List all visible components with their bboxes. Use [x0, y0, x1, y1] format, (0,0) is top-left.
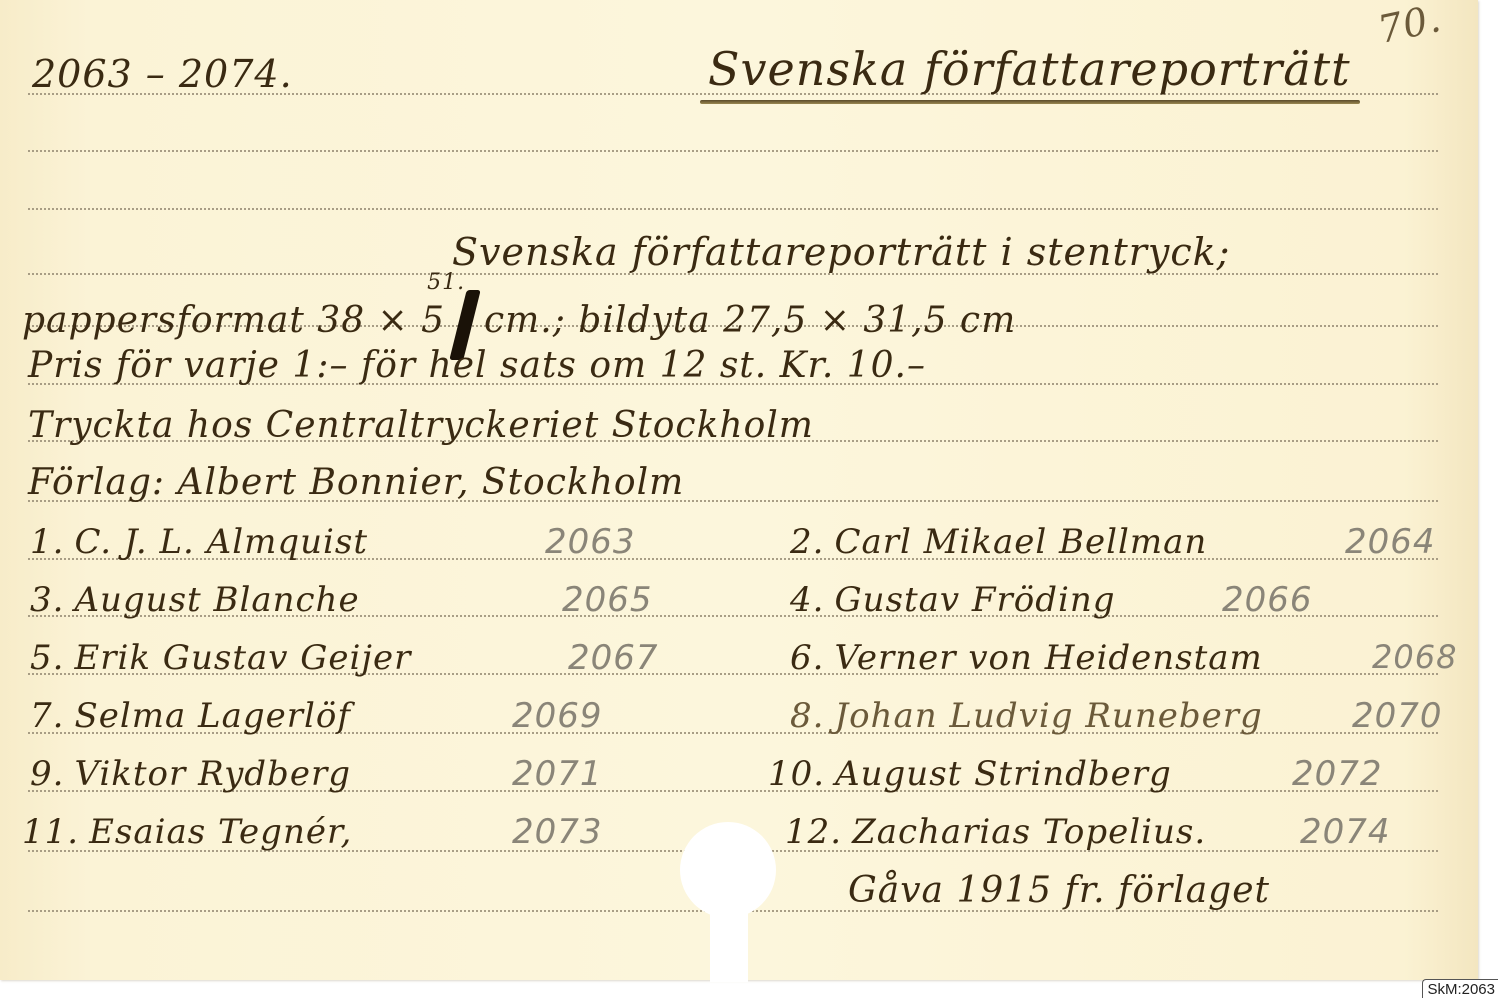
entry-name: Carl Mikael Bellman	[834, 522, 1207, 562]
description-line-1: Svenska författareporträtt i stentryck;	[452, 230, 1230, 274]
ruled-line	[28, 150, 1438, 152]
entry-7: 7.Selma Lagerlöf	[30, 696, 351, 736]
corner-number: 70.	[1374, 0, 1445, 52]
entry-name: Johan Ludvig Runeberg	[834, 696, 1262, 736]
filing-slot	[710, 900, 748, 982]
catalog-card: 2063 – 2074. Svenska författareporträtt …	[0, 0, 1478, 980]
entry-8: 8.Johan Ludvig Runeberg	[790, 696, 1263, 736]
entry-6: 6.Verner von Heidenstam	[790, 638, 1263, 678]
heading-underline	[700, 100, 1360, 104]
entry-name: Esaias Tegnér,	[89, 812, 352, 852]
entry-9-id: 2071	[512, 754, 603, 794]
donation-note: Gåva 1915 fr. förlaget	[848, 870, 1270, 911]
entry-8-id: 2070	[1352, 696, 1443, 736]
entry-4-id: 2066	[1222, 580, 1313, 620]
entry-name: Viktor Rydberg	[74, 754, 351, 794]
entry-6-id: 2068	[1372, 638, 1457, 676]
entry-11-id: 2073	[512, 812, 603, 852]
entry-name: August Strindberg	[835, 754, 1172, 794]
entry-3-id: 2065	[562, 580, 653, 620]
entry-2-id: 2064	[1345, 522, 1436, 562]
entry-10-id: 2072	[1292, 754, 1383, 794]
entry-9: 9.Viktor Rydberg	[30, 754, 351, 794]
entry-11: 11.Esaias Tegnér,	[22, 812, 352, 852]
entry-12-id: 2074	[1300, 812, 1391, 852]
entry-name: Gustav Fröding	[834, 580, 1115, 620]
entry-name: C. J. L. Almquist	[74, 522, 368, 562]
entry-12: 12.Zacharias Topelius.	[785, 812, 1206, 852]
entry-name: Erik Gustav Geijer	[74, 638, 411, 678]
entry-1-id: 2063	[545, 522, 636, 562]
entry-1: 1.C. J. L. Almquist	[30, 522, 368, 562]
image-size: cm.; bildyta 27,5 × 31,5 cm	[484, 300, 1016, 341]
catalog-number-tag: SkM:2063	[1422, 979, 1498, 998]
catalog-range: 2063 – 2074.	[32, 52, 293, 96]
entry-name: Selma Lagerlöf	[74, 696, 351, 736]
entry-4: 4.Gustav Fröding	[790, 580, 1116, 620]
card-heading: Svenska författareporträtt	[708, 42, 1351, 96]
entry-name: August Blanche	[74, 580, 359, 620]
entry-5: 5.Erik Gustav Geijer	[30, 638, 411, 678]
entry-2: 2.Carl Mikael Bellman	[790, 522, 1207, 562]
paper-format: pappersformat 38 × 5	[22, 300, 445, 341]
entry-3: 3.August Blanche	[30, 580, 360, 620]
entry-5-id: 2067	[568, 638, 659, 678]
description-line-5: Förlag: Albert Bonnier, Stockholm	[28, 462, 684, 503]
entry-10: 10.August Strindberg	[768, 754, 1172, 794]
entry-name: Verner von Heidenstam	[834, 638, 1262, 678]
entry-name: Zacharias Topelius.	[852, 812, 1206, 852]
size-correction: 51.	[427, 270, 465, 295]
description-line-3: Pris för varje 1:– för hel sats om 12 st…	[28, 345, 926, 386]
ruled-line	[28, 208, 1438, 210]
description-line-4: Tryckta hos Centraltryckeriet Stockholm	[28, 405, 814, 446]
entry-7-id: 2069	[512, 696, 603, 736]
